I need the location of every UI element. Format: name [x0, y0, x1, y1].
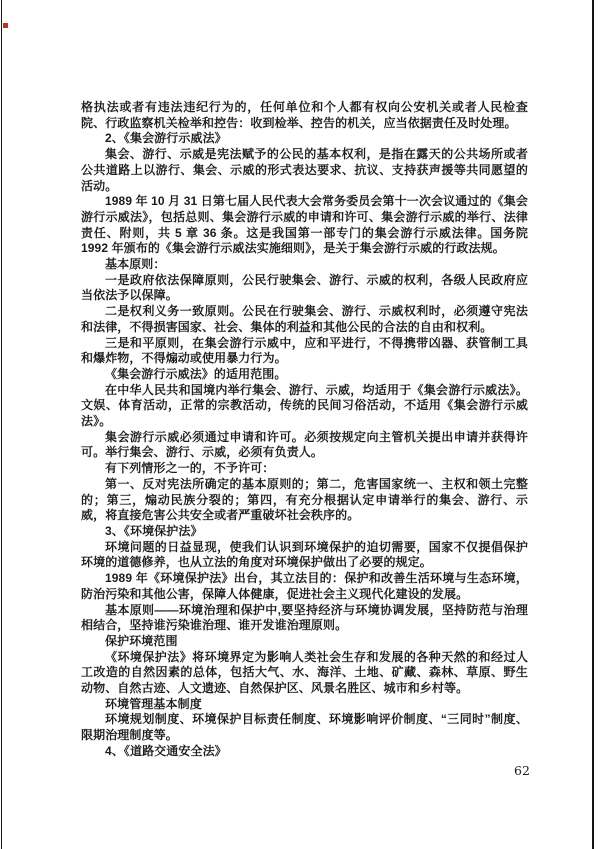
section-heading: 3、《环境保护法》: [81, 524, 528, 540]
paragraph: 环境问题的日益显现，使我们认识到环境保护的迫切需要，国家不仅提倡保护环境的道德修…: [81, 540, 528, 571]
paragraph: 在中华人民共和国境内举行集会、游行、示威，均适用于《集会游行示威法》。 文娱、体…: [81, 383, 528, 430]
paragraph: 格执法或者有违法违纪行为的，任何单位和个人都有权向公安机关或者人民检查院、行政监…: [81, 100, 528, 131]
subheading: 环境管理基本制度: [81, 697, 528, 713]
paragraph: 集会、游行、示威是宪法赋予的公民的基本权利，是指在露天的公共场所或者公共道路上以…: [81, 147, 528, 194]
paragraph: 第一、反对宪法所确定的基本原则的；第二，危害国家统一、主权和领土完整的；第三，煽…: [81, 477, 528, 524]
scanned-document-page: 格执法或者有违法违纪行为的，任何单位和个人都有权向公安机关或者人民检查院、行政监…: [0, 0, 600, 849]
page-number: 62: [514, 763, 530, 778]
paragraph: 一是政府依法保障原则，公民行驶集会、游行、示威的权利，各级人民政府应当依法予以保…: [81, 273, 528, 304]
paragraph: 1989 年《环境保护法》出台，其立法目的：保护和改善生活环境与生态环境，防治污…: [81, 571, 528, 602]
subheading: 基本原则：: [81, 257, 528, 273]
scan-border-right: [592, 0, 594, 849]
red-scan-artifact-mark: [3, 23, 8, 28]
paragraph: 基本原则——环境治理和保护中,要坚持经济与环境协调发展，坚持防范与治理相结合，坚…: [81, 603, 528, 634]
section-heading: 2、《集会游行示威法》: [81, 131, 528, 147]
subheading: 《集会游行示威法》的适用范围。: [81, 367, 528, 383]
paragraph: 二是权利义务一致原则。公民在行驶集会、游行、示威权利时，必须遵守宪法和法律，不得…: [81, 304, 528, 335]
paragraph: 《环境保护法》将环境界定为影响人类社会生存和发展的各种天然的和经过人工改造的自然…: [81, 650, 528, 697]
document-body-text: 格执法或者有违法违纪行为的，任何单位和个人都有权向公安机关或者人民检查院、行政监…: [81, 100, 528, 760]
scan-border-left: [1, 0, 2, 849]
paragraph: 三是和平原则，在集会游行示威中，应和平进行，不得携带凶器、获管制工具和爆炸物，不…: [81, 336, 528, 367]
subheading: 保护环境范围: [81, 634, 528, 650]
section-heading: 4、《道路交通安全法》: [81, 744, 528, 760]
paragraph: 环境规划制度、环境保护目标责任制度、环境影响评价制度、“三同时”制度、限期治理制…: [81, 712, 528, 743]
paragraph: 集会游行示威必须通过申请和许可。必须按规定向主管机关提出申请并获得许可。举行集会…: [81, 430, 528, 461]
subheading: 有下列情形之一的，不予许可：: [81, 461, 528, 477]
paragraph: 1989 年 10 月 31 日第七届人民代表大会常务委员会第十一次会议通过的《…: [81, 194, 528, 257]
